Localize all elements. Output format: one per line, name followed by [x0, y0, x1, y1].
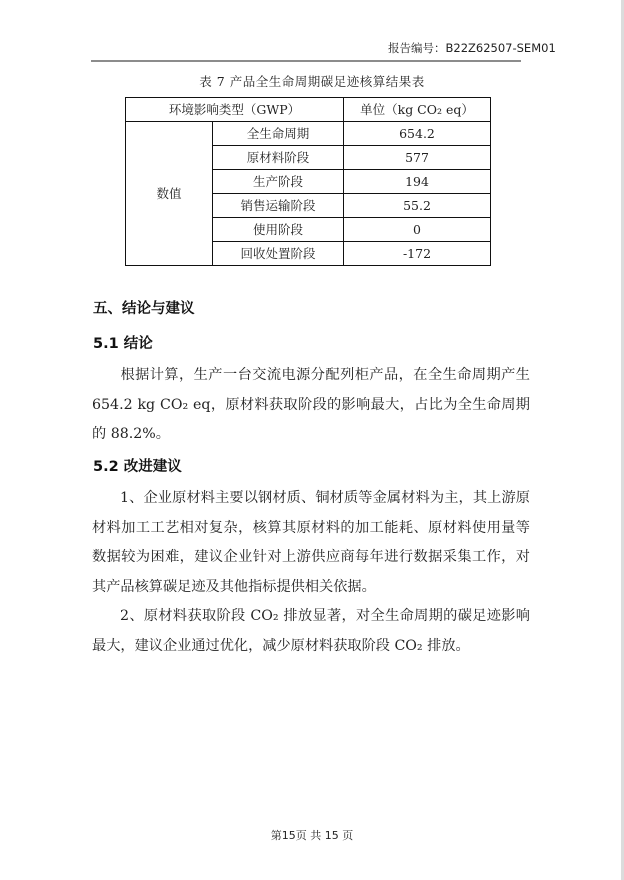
- subsection-title-suggestions: 5.2 改进建议: [93, 455, 182, 476]
- stage-cell: 全生命周期: [213, 122, 344, 146]
- page-number: 第15页 共 15 页: [0, 827, 624, 843]
- value-cell: 654.2: [344, 122, 491, 146]
- stage-cell: 生产阶段: [213, 170, 344, 194]
- stage-cell: 使用阶段: [213, 218, 344, 242]
- table-row: 数值 全生命周期 654.2: [126, 122, 491, 146]
- subsection-title-conclusion: 5.1 结论: [93, 332, 153, 353]
- group-label: 数值: [126, 122, 213, 266]
- value-cell: 194: [344, 170, 491, 194]
- carbon-footprint-table: 环境影响类型（GWP） 单位（kg CO₂ eq） 数值 全生命周期 654.2…: [125, 97, 491, 266]
- conclusion-text: 根据计算，生产一台交流电源分配列柜产品，在全生命周期产生 654.2 kg CO…: [92, 367, 530, 442]
- stage-cell: 回收处置阶段: [213, 242, 344, 266]
- table-caption: 表 7 产品全生命周期碳足迹核算结果表: [0, 72, 624, 90]
- stage-cell: 原材料阶段: [213, 146, 344, 170]
- report-number: 报告编号：B22Z62507-SEM01: [388, 40, 556, 56]
- header-divider: [91, 60, 521, 62]
- suggestion-2-text: 2、原材料获取阶段 CO₂ 排放显著，对全生命周期的碳足迹影响最大，建议企业通过…: [92, 608, 530, 654]
- suggestion-1-text: 1、企业原材料主要以钢材质、铜材质等金属材料为主，其上游原材料加工工艺相对复杂，…: [92, 490, 530, 595]
- header-unit: 单位（kg CO₂ eq）: [344, 98, 491, 122]
- stage-cell: 销售运输阶段: [213, 194, 344, 218]
- value-cell: 55.2: [344, 194, 491, 218]
- value-cell: 0: [344, 218, 491, 242]
- section-title-conclusions: 五、结论与建议: [93, 297, 195, 318]
- suggestion-paragraph-2: 2、原材料获取阶段 CO₂ 排放显著，对全生命周期的碳足迹影响最大，建议企业通过…: [92, 602, 530, 661]
- table-header-row: 环境影响类型（GWP） 单位（kg CO₂ eq）: [126, 98, 491, 122]
- header-impact-type: 环境影响类型（GWP）: [126, 98, 344, 122]
- value-cell: 577: [344, 146, 491, 170]
- conclusion-paragraph: 根据计算，生产一台交流电源分配列柜产品，在全生命周期产生 654.2 kg CO…: [92, 361, 530, 450]
- value-cell: -172: [344, 242, 491, 266]
- suggestion-paragraph-1: 1、企业原材料主要以钢材质、铜材质等金属材料为主，其上游原材料加工工艺相对复杂，…: [92, 484, 530, 602]
